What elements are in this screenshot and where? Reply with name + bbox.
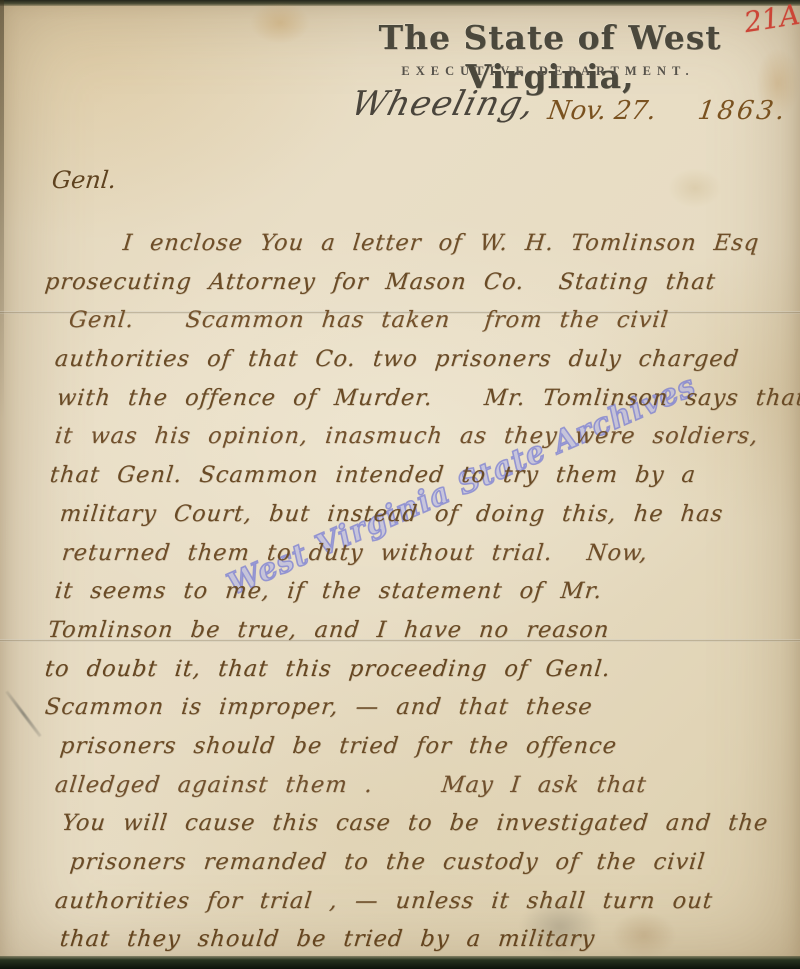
- letter-line: authorities of that Co. two prisoners du…: [53, 340, 777, 379]
- letter-line: returned them to duty without trial. Now…: [60, 534, 777, 573]
- letter-line: prosecuting Attorney for Mason Co. Stati…: [43, 263, 777, 302]
- scan-edge-left: [0, 0, 4, 420]
- letter-line: it was his opinion, inasmuch as they wer…: [53, 417, 777, 456]
- letter-line: to doubt it, that this proceeding of Gen…: [43, 650, 777, 689]
- paper-stain: [668, 168, 722, 208]
- letter-line: You will cause this case to be investiga…: [60, 804, 777, 843]
- letter-line: authorities for trial , — unless it shal…: [53, 882, 777, 921]
- dateline-place: Wheeling,: [347, 84, 539, 124]
- paper-stain: [250, 2, 310, 44]
- dateline-year: 1863.: [696, 96, 790, 126]
- letter-body: I enclose You a letter of W. H. Tomlinso…: [45, 224, 775, 959]
- letter-line: military Court, but instead of doing thi…: [58, 495, 777, 534]
- letter-line: alledged against them . May I ask that: [53, 766, 777, 805]
- document-page: The State of West Virginia, EXECUTIVE DE…: [0, 0, 800, 969]
- scan-edge-top: [0, 0, 800, 6]
- letter-line: that they should be tried by a military: [58, 920, 777, 959]
- letter-line: that Genl. Scammon intended to try them …: [48, 456, 777, 495]
- pencil-mark: [5, 691, 41, 737]
- letter-line: Tomlinson be true, and I have no reason: [46, 611, 777, 650]
- letter-line: Genl. Scammon has taken from the civil: [67, 301, 777, 340]
- salutation: Genl.: [51, 166, 118, 194]
- archival-number: 21A: [742, 0, 800, 39]
- letter-line: prisoners remanded to the custody of the…: [68, 843, 777, 882]
- letterhead-department: EXECUTIVE DEPARTMENT.: [398, 64, 698, 79]
- letter-line: it seems to me, if the statement of Mr.: [53, 572, 777, 611]
- scan-edge-bottom: [0, 956, 800, 969]
- letter-line: Scammon is improper, — and that these: [43, 688, 777, 727]
- dateline-date: Nov. 27.: [546, 96, 658, 126]
- letter-line: with the offence of Murder. Mr. Tomlinso…: [55, 379, 777, 418]
- letter-line: prisoners should be tried for the offenc…: [58, 727, 777, 766]
- letter-line: I enclose You a letter of W. H. Tomlinso…: [121, 224, 777, 263]
